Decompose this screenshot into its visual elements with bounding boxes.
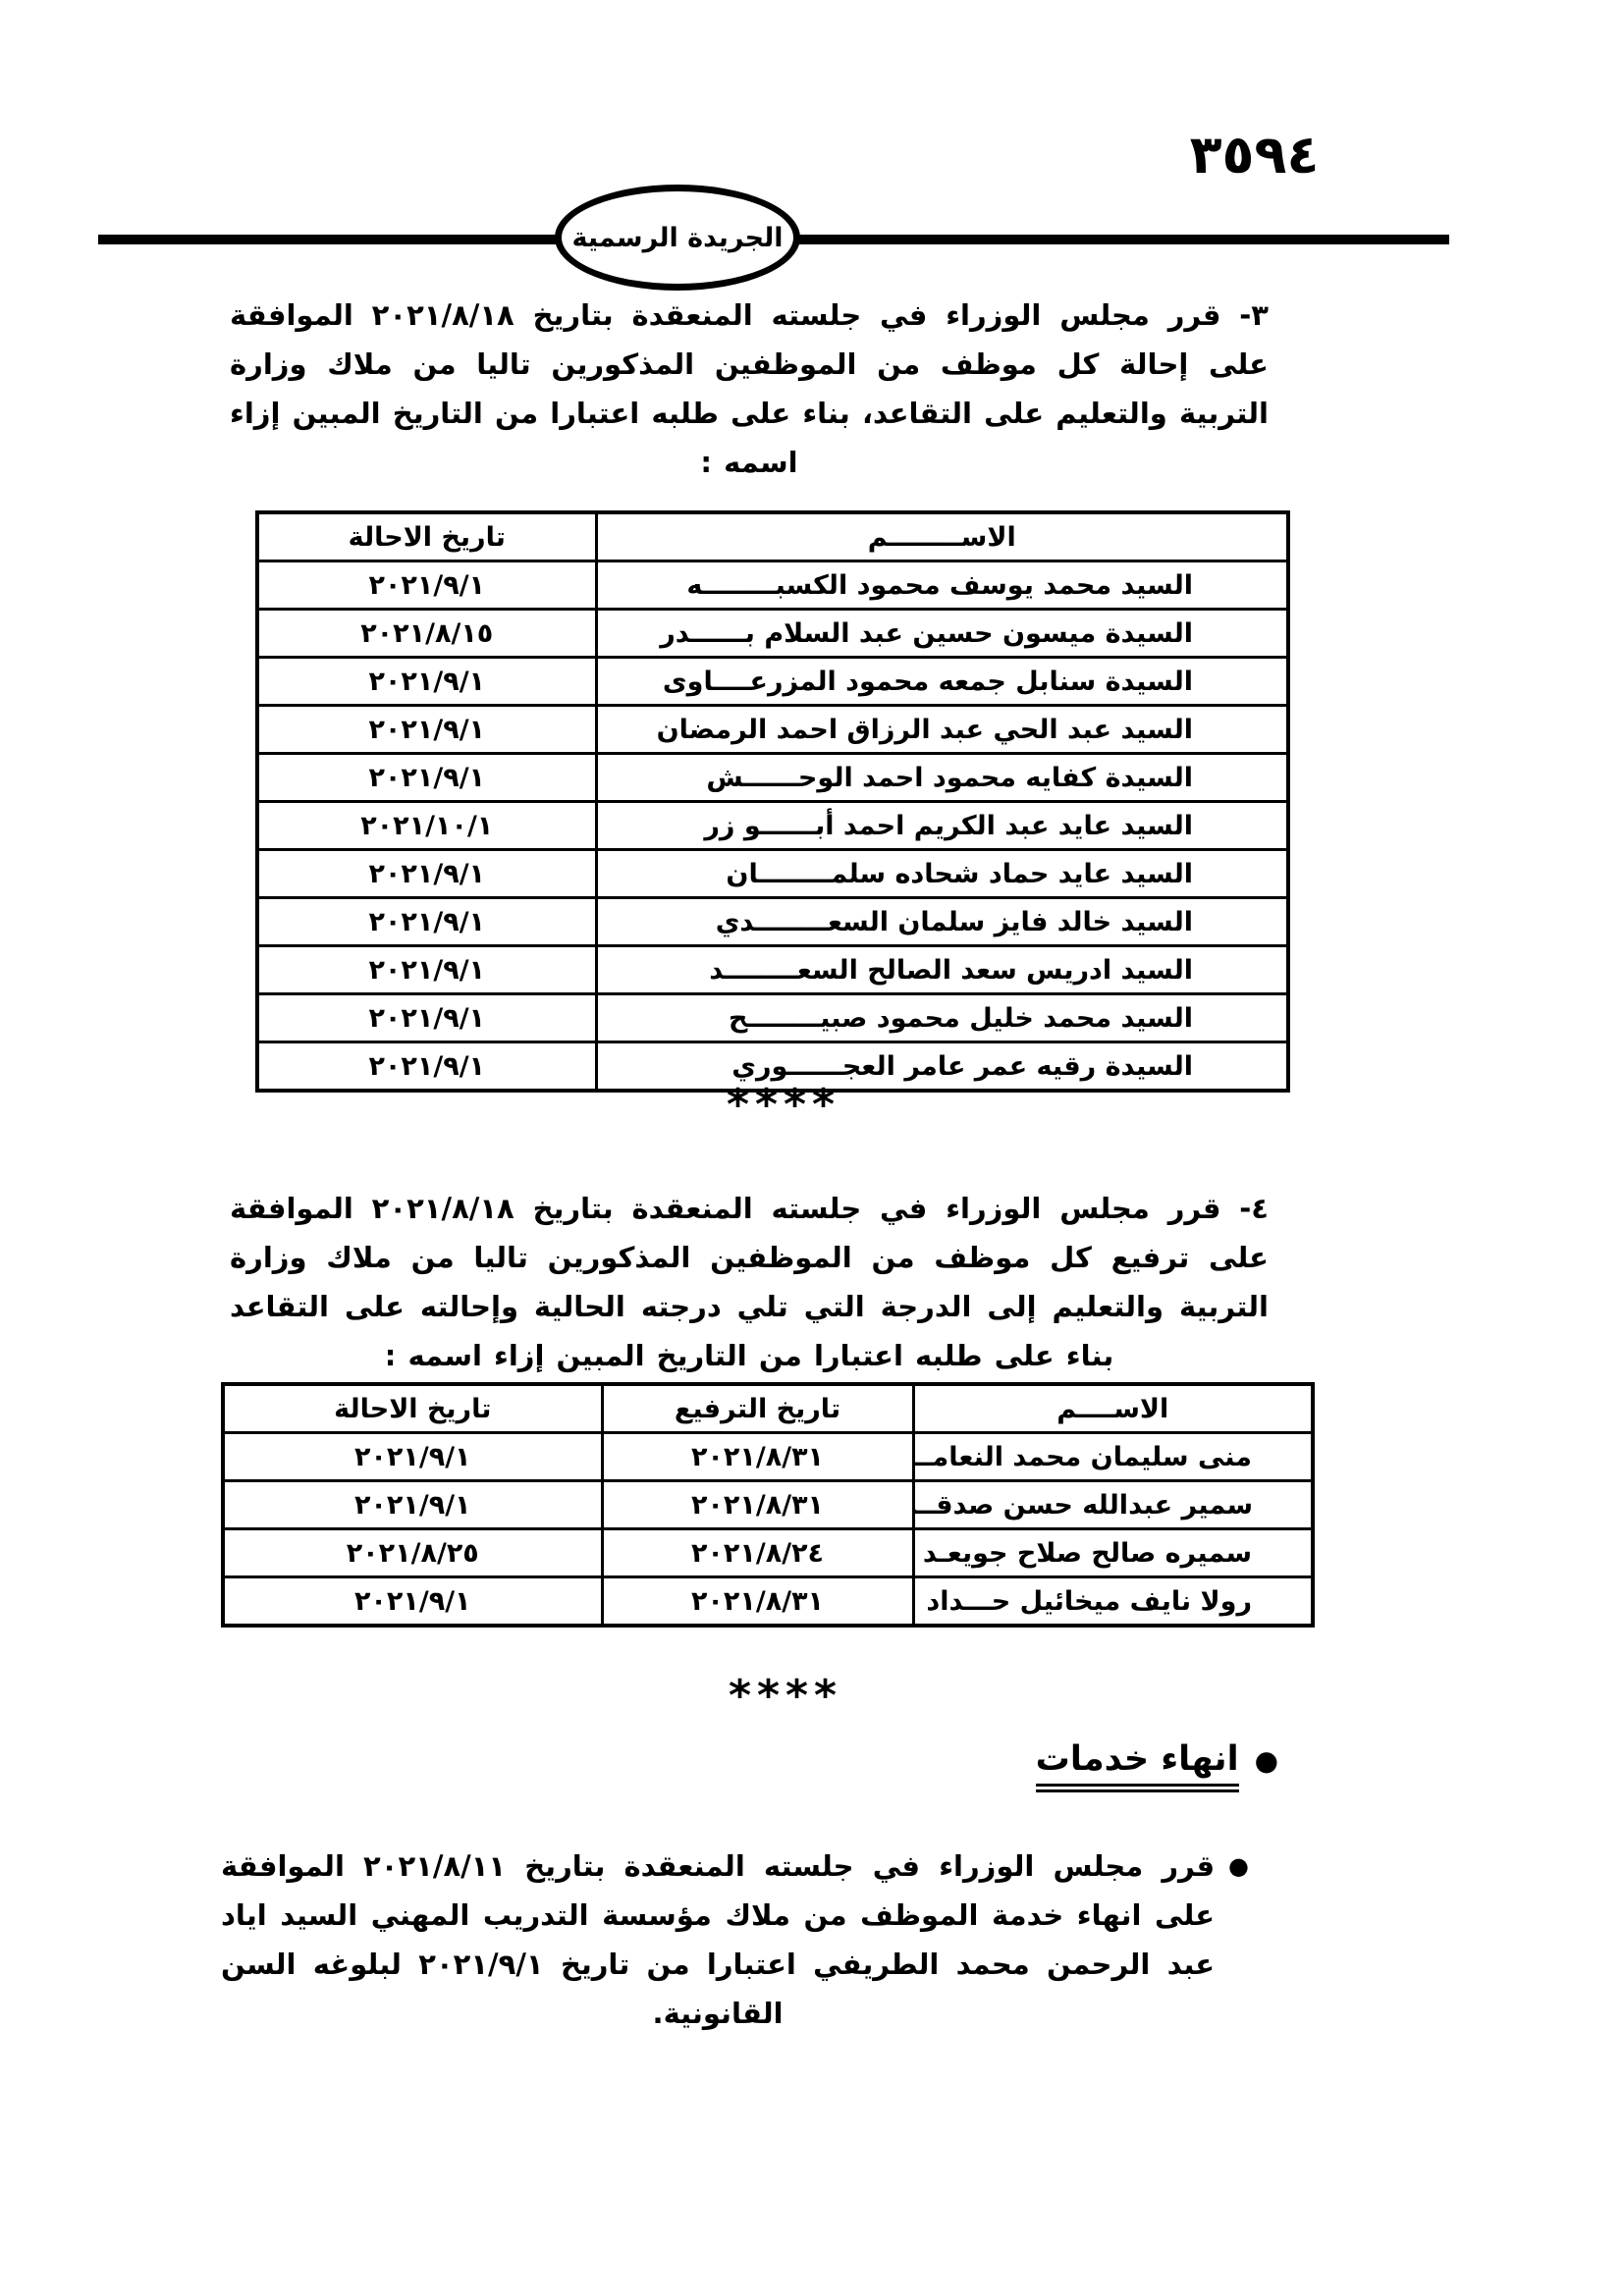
referral-date: ٢٠٢١/٩/١ [257, 994, 596, 1042]
employee-name: رولا نايف ميخائيل حـــداد [913, 1577, 1313, 1627]
referral-date: ٢٠٢١/٩/١ [257, 754, 596, 802]
referral-date: ٢٠٢١/٩/١ [223, 1577, 602, 1627]
decision-3-paragraph: ٣- قرر مجلس الوزراء في جلسته المنعقدة بت… [230, 291, 1269, 487]
referral-date: ٢٠٢١/٩/١ [257, 898, 596, 946]
referral-date: ٢٠٢١/٩/١ [257, 946, 596, 994]
gazette-title: الجريدة الرسمية [572, 223, 784, 253]
page-number: ٣٥٩٤ [1183, 126, 1326, 185]
section-separator: **** [685, 1084, 882, 1127]
employee-name: السيد عايد حماد شحاده سلمــــــــان [596, 850, 1288, 898]
referral-date: ٢٠٢١/٩/١ [223, 1433, 602, 1481]
employee-name: السيد ادريس سعد الصالح السعــــــــد [596, 946, 1288, 994]
promotion-date: ٢٠٢١/٨/٣١ [602, 1481, 913, 1529]
employee-name: السيد خالد فايز سلمان السعــــــــدي [596, 898, 1288, 946]
table-row: السيد محمد خليل محمود صبيــــــــح ٢٠٢١/… [257, 994, 1288, 1042]
table-row: السيدة كفايه محمود احمد الوحــــــش ٢٠٢١… [257, 754, 1288, 802]
column-header-referral-date: تاريخ الاحالة [223, 1384, 602, 1433]
employee-name: سميره صالح صلاح جويعـد [913, 1529, 1313, 1577]
column-header-name: الاســــم [913, 1384, 1313, 1433]
column-header-promotion-date: تاريخ الترفيع [602, 1384, 913, 1433]
table-row: سمير عبدالله حسن صدقــه ٢٠٢١/٨/٣١ ٢٠٢١/٩… [223, 1481, 1313, 1529]
table-row: السيد عايد حماد شحاده سلمــــــــان ٢٠٢١… [257, 850, 1288, 898]
section-separator: **** [687, 1675, 884, 1718]
table-header-row: الاســــم تاريخ الترفيع تاريخ الاحالة [223, 1384, 1313, 1433]
employee-name: السيد عبد الحي عبد الرزاق احمد الرمضان [596, 706, 1288, 754]
termination-heading-text: انهاء خدمات [1036, 1739, 1239, 1792]
promotion-date: ٢٠٢١/٨/٣١ [602, 1433, 913, 1481]
referral-date: ٢٠٢١/٩/١ [223, 1481, 602, 1529]
table-row: السيد عايد عبد الكريم احمد أبــــــو زر … [257, 802, 1288, 850]
referral-date: ٢٠٢١/٩/١ [257, 706, 596, 754]
employee-name: السيد محمد يوسف محمود الكسبــــــــه [596, 561, 1288, 610]
table-header-row: الاســــــــم تاريخ الاحالة [257, 512, 1288, 561]
table-row: السيد ادريس سعد الصالح السعــــــــد ٢٠٢… [257, 946, 1288, 994]
referral-date: ٢٠٢١/٨/٢٥ [223, 1529, 602, 1577]
column-header-name: الاســــــــم [596, 512, 1288, 561]
termination-section-heading: ● انهاء خدمات [1036, 1739, 1278, 1792]
referral-date: ٢٠٢١/٩/١ [257, 850, 596, 898]
termination-decision-item: ● قرر مجلس الوزراء في جلسته المنعقدة بتا… [221, 1842, 1249, 2038]
employee-name: السيدة سنابل جمعه محمود المزرعــــاوى [596, 658, 1288, 706]
referral-date: ٢٠٢١/٩/١ [257, 1042, 596, 1092]
employee-name: سمير عبدالله حسن صدقــه [913, 1481, 1313, 1529]
decision-4-paragraph: ٤- قرر مجلس الوزراء في جلسته المنعقدة بت… [230, 1184, 1269, 1380]
employee-name: السيد محمد خليل محمود صبيــــــــح [596, 994, 1288, 1042]
table-row: السيدة ميسون حسين عبد السلام بــــــدر ٢… [257, 610, 1288, 658]
employee-name: السيدة ميسون حسين عبد السلام بــــــدر [596, 610, 1288, 658]
employee-name: السيد عايد عبد الكريم احمد أبــــــو زر [596, 802, 1288, 850]
gazette-page: ٣٥٩٤ الجريدة الرسمية ٣- قرر مجلس الوزراء… [0, 0, 1624, 2296]
referral-date: ٢٠٢١/٩/١ [257, 561, 596, 610]
promotion-date: ٢٠٢١/٨/٢٤ [602, 1529, 913, 1577]
termination-paragraph: قرر مجلس الوزراء في جلسته المنعقدة بتاري… [221, 1842, 1215, 2038]
table-row: السيد خالد فايز سلمان السعــــــــدي ٢٠٢… [257, 898, 1288, 946]
retirement-table: الاســــــــم تاريخ الاحالة السيد محمد ي… [255, 510, 1290, 1093]
table-row: السيد محمد يوسف محمود الكسبــــــــه ٢٠٢… [257, 561, 1288, 610]
column-header-referral-date: تاريخ الاحالة [257, 512, 596, 561]
table-row: منى سليمان محمد النعامــي ٢٠٢١/٨/٣١ ٢٠٢١… [223, 1433, 1313, 1481]
referral-date: ٢٠٢١/٨/١٥ [257, 610, 596, 658]
table-row: رولا نايف ميخائيل حـــداد ٢٠٢١/٨/٣١ ٢٠٢١… [223, 1577, 1313, 1627]
referral-date: ٢٠٢١/٩/١ [257, 658, 596, 706]
bullet-icon: ● [1255, 1739, 1278, 1783]
employee-name: منى سليمان محمد النعامــي [913, 1433, 1313, 1481]
table-row: السيدة سنابل جمعه محمود المزرعــــاوى ٢٠… [257, 658, 1288, 706]
gazette-seal: الجريدة الرسمية [555, 185, 800, 291]
referral-date: ٢٠٢١/١٠/١ [257, 802, 596, 850]
promotion-table: الاســــم تاريخ الترفيع تاريخ الاحالة من… [221, 1382, 1315, 1628]
table-row: سميره صالح صلاح جويعـد ٢٠٢١/٨/٢٤ ٢٠٢١/٨/… [223, 1529, 1313, 1577]
employee-name: السيدة كفايه محمود احمد الوحــــــش [596, 754, 1288, 802]
bullet-icon: ● [1228, 1842, 1249, 1891]
promotion-date: ٢٠٢١/٨/٣١ [602, 1577, 913, 1627]
table-row: السيد عبد الحي عبد الرزاق احمد الرمضان ٢… [257, 706, 1288, 754]
